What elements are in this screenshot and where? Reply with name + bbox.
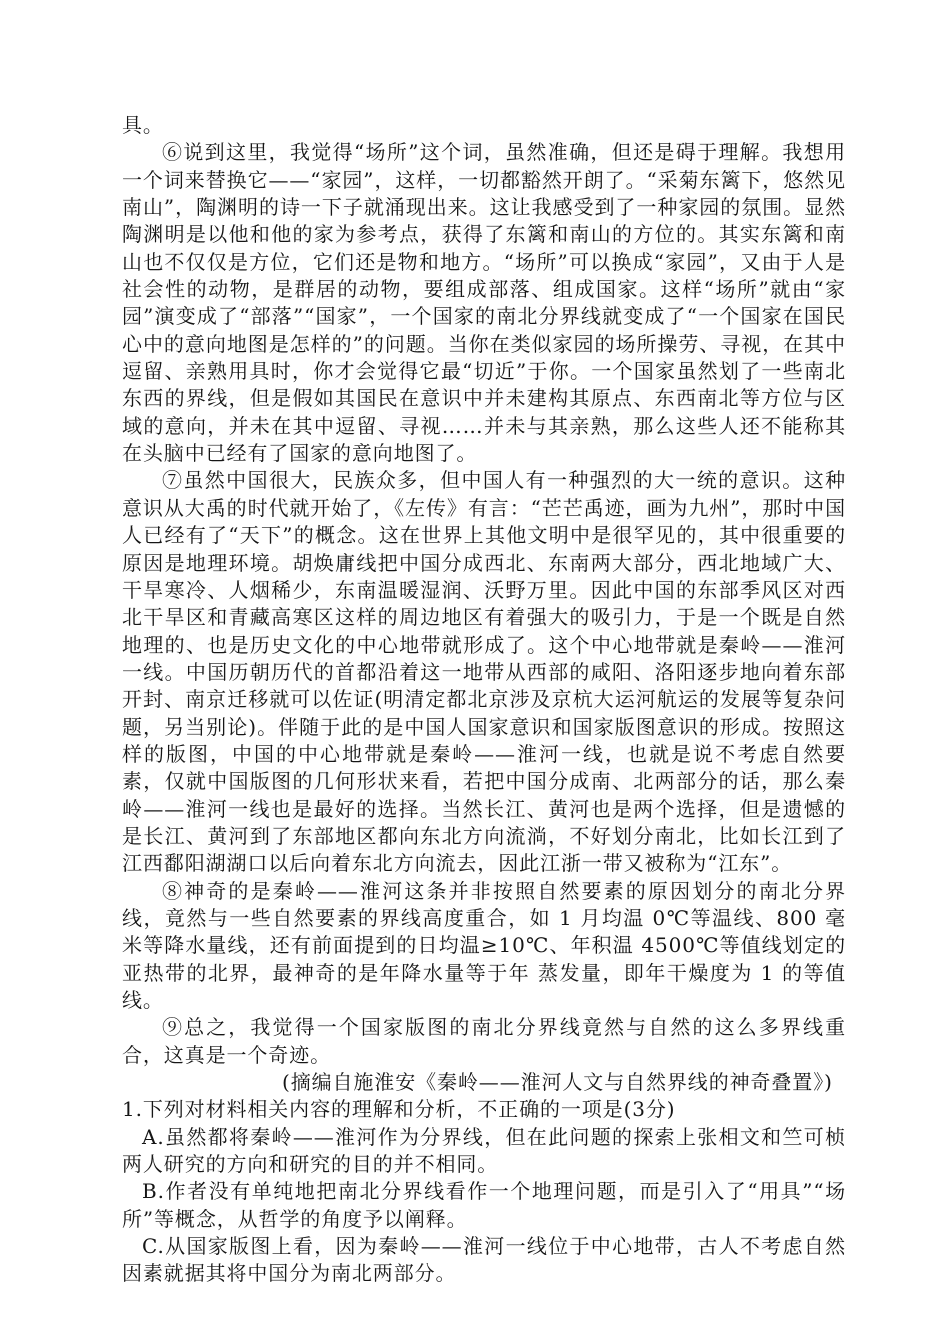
question-1-option-c: C.从国家版图上看，因为秦岭——淮河一线位于中心地带，古人不考虑自然因素就据其将… [122,1233,846,1288]
question-1-option-b: B.作者没有单纯地把南北分界线看作一个地理问题，而是引入了“用具”“场所”等概念… [122,1178,846,1233]
passage-paragraph-7: ⑦虽然中国很大，民族众多，但中国人有一种强烈的大一统的意识。这种意识从大禹的时代… [122,467,846,877]
question-1-block: 1.下列对材料相关内容的理解和分析，不正确的一项是(3分) A.虽然都将秦岭——… [122,1096,846,1287]
page-content: 具。 ⑥说到这里，我觉得“场所”这个词，虽然准确，但还是碍于理解。我想用一个词来… [122,112,846,1288]
question-1-option-a: A.虽然都将秦岭——淮河作为分界线，但在此问题的探索上张相文和竺可桢两人研究的方… [122,1124,846,1179]
reading-passage: 具。 ⑥说到这里，我觉得“场所”这个词，虽然准确，但还是碍于理解。我想用一个词来… [122,112,846,1096]
passage-paragraph-9: ⑨总之，我觉得一个国家版图的南北分界线竟然与自然的这么多界线重合，这真是一个奇迹… [122,1014,846,1069]
question-1-stem: 1.下列对材料相关内容的理解和分析，不正确的一项是(3分) [122,1096,846,1123]
passage-source-attribution: (摘编自施淮安《秦岭——淮河人文与自然界线的神奇叠置》) [122,1069,846,1096]
passage-paragraph-6: ⑥说到这里，我觉得“场所”这个词，虽然准确，但还是碍于理解。我想用一个词来替换它… [122,139,846,467]
exam-paper-page: 具。 ⑥说到这里，我觉得“场所”这个词，虽然准确，但还是碍于理解。我想用一个词来… [0,0,950,1344]
passage-continuation-line: 具。 [122,112,846,139]
passage-paragraph-8: ⑧神奇的是秦岭——淮河这条并非按照自然要素的原因划分的南北分界线，竟然与一些自然… [122,878,846,1015]
